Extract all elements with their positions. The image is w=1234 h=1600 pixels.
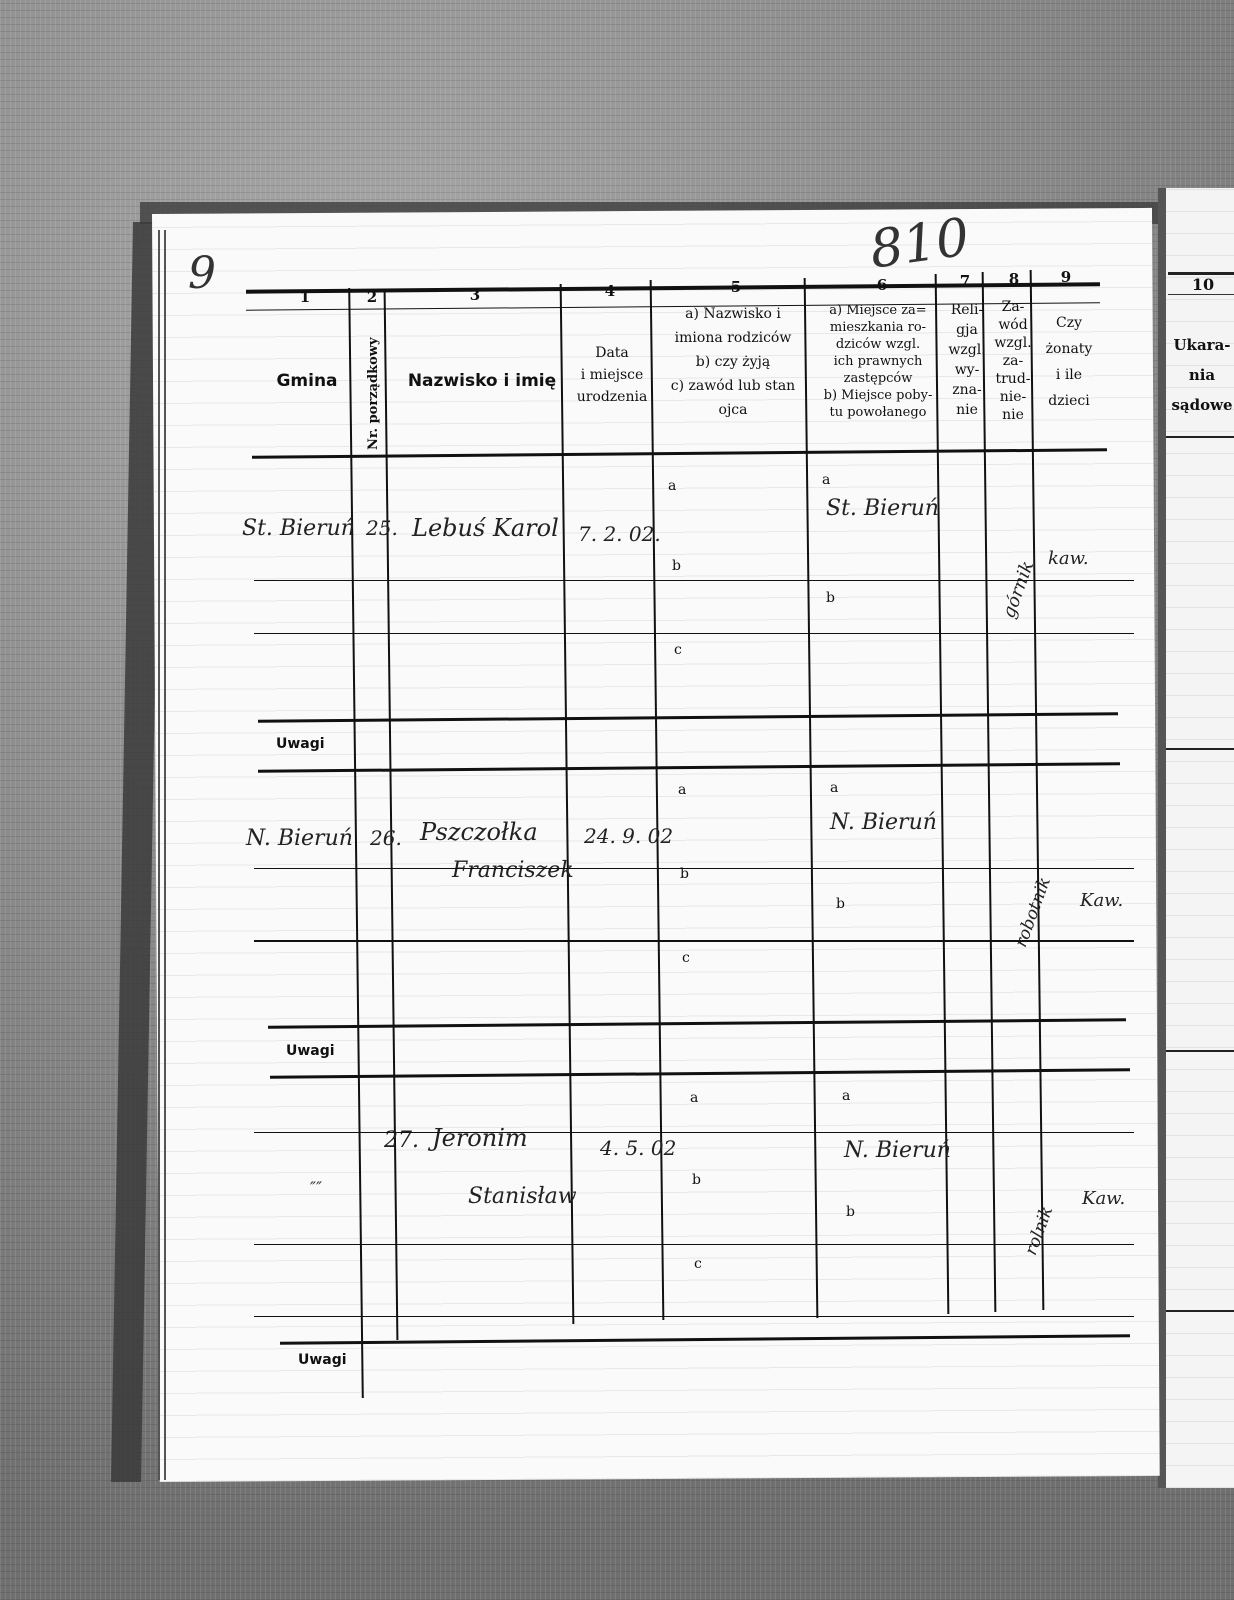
header-line: sądowe bbox=[1166, 390, 1234, 420]
entry-gmina: N. Bieruń bbox=[246, 826, 353, 851]
sub-label-a: a bbox=[822, 472, 830, 488]
header-line: b) czy żyją bbox=[656, 350, 810, 374]
sub-label-b: b bbox=[826, 590, 835, 606]
header-line: wód bbox=[990, 316, 1036, 334]
remarks-label: Uwagi bbox=[286, 1043, 335, 1059]
header-line: trud- bbox=[990, 370, 1036, 388]
header-line: dziców wzgl. bbox=[810, 336, 946, 353]
column-3-header: Nazwisko i imię bbox=[398, 372, 566, 390]
entry-name-line2: Stanisław bbox=[468, 1184, 577, 1209]
header-line: nie- bbox=[990, 388, 1036, 406]
header-line: żonaty bbox=[1036, 336, 1102, 362]
column-6-number: 6 bbox=[872, 276, 892, 294]
header-line: ojca bbox=[656, 398, 810, 422]
entry-gmina: ″″ bbox=[310, 1178, 322, 1197]
header-line: Czy bbox=[1036, 310, 1102, 336]
header-line: nie bbox=[990, 406, 1036, 424]
header-line: mieszkania ro- bbox=[810, 319, 946, 336]
header-line: zastępców bbox=[810, 370, 946, 387]
header-line: Ukara- bbox=[1166, 330, 1234, 360]
column-10-header: Ukara- nia sądowe bbox=[1166, 330, 1234, 420]
column-1-header: Gmina bbox=[262, 372, 352, 390]
entry-birth-date: 24. 9. 02 bbox=[584, 824, 673, 848]
entry-birth-date: 7. 2. 02. bbox=[578, 522, 661, 546]
row-guide bbox=[254, 1244, 1134, 1245]
column-5-header: a) Nazwisko i imiona rodziców b) czy żyj… bbox=[656, 302, 810, 422]
remarks-label: Uwagi bbox=[276, 736, 325, 752]
header-line: tu powołanego bbox=[810, 404, 946, 421]
entry-residence-a: N. Bieruń bbox=[844, 1138, 951, 1163]
sub-label-c: c bbox=[674, 642, 682, 658]
entry-residence-a: St. Bieruń bbox=[826, 496, 939, 521]
entry-name-line1: Lebuś Karol bbox=[412, 514, 559, 542]
column-2-header: Nr. porządkowy bbox=[366, 310, 381, 450]
header-line: a) Nazwisko i bbox=[656, 302, 810, 326]
header-line: wzgl. bbox=[990, 334, 1036, 352]
page-edge bbox=[158, 230, 166, 1480]
sub-label-a: a bbox=[678, 782, 686, 798]
sub-label-b: b bbox=[836, 896, 845, 912]
column-9-header: Czy żonaty i ile dzieci bbox=[1036, 310, 1102, 414]
row-guide bbox=[254, 940, 1134, 942]
header-line: za- bbox=[990, 352, 1036, 370]
header-line: imiona rodziców bbox=[656, 326, 810, 350]
sub-label-c: c bbox=[682, 950, 690, 966]
entry-name-line1: Jeronim bbox=[432, 1124, 528, 1152]
sub-label-b: b bbox=[846, 1204, 855, 1220]
column-1-number: 1 bbox=[290, 288, 320, 306]
sub-label-c: c bbox=[694, 1256, 702, 1272]
header-line: Data bbox=[568, 342, 656, 364]
column-10-number: 10 bbox=[1168, 272, 1234, 295]
divider bbox=[1166, 1050, 1234, 1052]
header-line: b) Miejsce poby- bbox=[810, 387, 946, 404]
sub-label-b: b bbox=[672, 558, 681, 574]
header-line: i miejsce bbox=[568, 364, 656, 386]
entry-marital: Kaw. bbox=[1082, 1188, 1125, 1209]
row-guide bbox=[254, 868, 1134, 869]
header-line: urodzenia bbox=[568, 386, 656, 408]
entry-name-line2: Franciszek bbox=[452, 858, 574, 883]
column-8-number: 8 bbox=[1004, 270, 1024, 288]
column-4-header: Data i miejsce urodzenia bbox=[568, 342, 656, 408]
column-3-number: 3 bbox=[465, 286, 485, 304]
remarks-label: Uwagi bbox=[298, 1352, 347, 1368]
column-4-number: 4 bbox=[600, 282, 620, 300]
header-line: nia bbox=[1166, 360, 1234, 390]
row-guide bbox=[254, 1132, 1134, 1133]
divider bbox=[1166, 748, 1234, 750]
row-guide bbox=[254, 580, 1134, 581]
sub-label-a: a bbox=[842, 1088, 850, 1104]
divider bbox=[1166, 1310, 1234, 1312]
sub-label-a: a bbox=[830, 780, 838, 796]
row-guide bbox=[254, 1316, 1134, 1317]
column-9-number: 9 bbox=[1056, 268, 1076, 286]
entry-residence-a: N. Bieruń bbox=[830, 810, 937, 835]
header-line: c) zawód lub stan bbox=[656, 374, 810, 398]
column-8-header: Za- wód wzgl. za- trud- nie- nie bbox=[990, 298, 1036, 424]
sub-label-a: a bbox=[668, 478, 676, 494]
entry-name-line1: Pszczołka bbox=[420, 818, 538, 846]
entry-marital: kaw. bbox=[1048, 548, 1089, 569]
header-line: a) Miejsce za= bbox=[810, 302, 946, 319]
column-6-header: a) Miejsce za= mieszkania ro- dziców wzg… bbox=[810, 302, 946, 421]
header-line: dzieci bbox=[1036, 388, 1102, 414]
entry-marital: Kaw. bbox=[1080, 890, 1123, 911]
header-line: i ile bbox=[1036, 362, 1102, 388]
entry-birth-date: 4. 5. 02 bbox=[600, 1136, 676, 1160]
row-guide bbox=[254, 633, 1134, 634]
entry-number: 25. bbox=[366, 516, 398, 540]
column-2-number: 2 bbox=[362, 288, 382, 306]
sheet-number: 9 bbox=[188, 248, 216, 299]
column-5-number: 5 bbox=[726, 278, 746, 296]
column-7-number: 7 bbox=[955, 272, 975, 290]
entry-number: 26. bbox=[370, 826, 402, 850]
sub-label-a: a bbox=[690, 1090, 698, 1106]
divider bbox=[1166, 436, 1234, 438]
entry-gmina: St. Bieruń bbox=[242, 516, 355, 541]
header-line: ich prawnych bbox=[810, 353, 946, 370]
sub-label-b: b bbox=[692, 1172, 701, 1188]
